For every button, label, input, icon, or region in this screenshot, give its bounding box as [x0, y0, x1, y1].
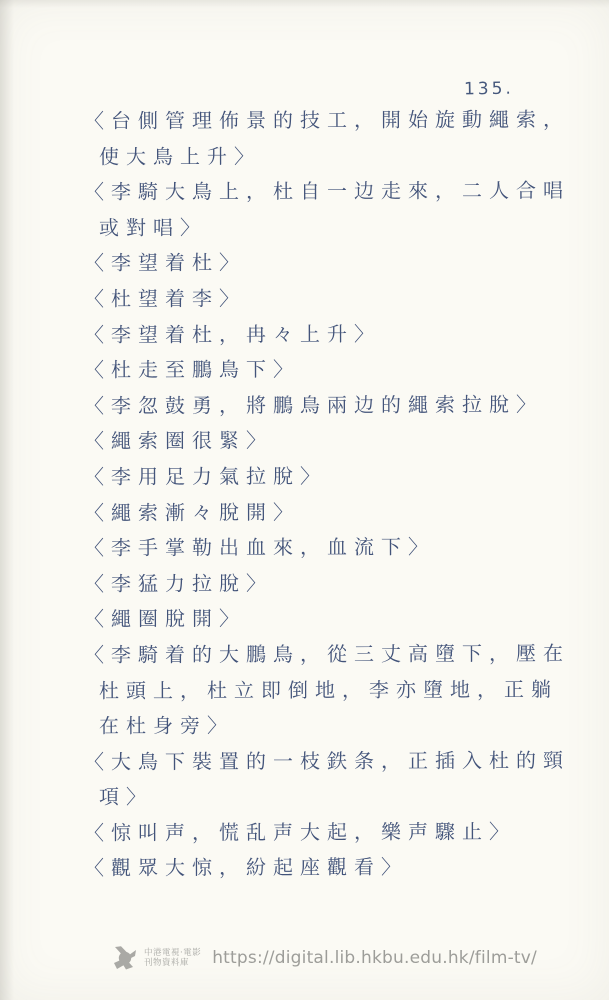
scan-edge-shadow-top — [0, 0, 609, 8]
archive-url-link[interactable]: https://digital.lib.hkbu.edu.hk/film-tv/ — [212, 948, 537, 968]
script-line: 或對唱〉 — [84, 209, 574, 246]
script-line: 項〉 — [84, 778, 574, 815]
script-line: 〈杜望着李〉 — [84, 280, 574, 317]
script-line: 〈繩索圈很緊〉 — [84, 422, 574, 459]
scanned-script-page: 135. 〈台側管理佈景的技工，開始旋動繩索，使大鳥上升〉〈李騎大鳥上，杜自一边… — [0, 0, 609, 1000]
script-line: 〈李猛力拉脫〉 — [84, 565, 574, 602]
script-line: 〈繩圈脫開〉 — [84, 600, 574, 637]
page-number: 135. — [464, 79, 514, 100]
film-light-logo-icon — [111, 945, 137, 971]
script-line: 使大鳥上升〉 — [84, 138, 574, 175]
script-line: 在杜身旁〉 — [84, 707, 574, 744]
archive-name: 中港電視·電影 刊物資料庫 — [144, 948, 201, 969]
script-line: 〈李望着杜〉 — [84, 245, 574, 282]
scan-edge-shadow-left — [0, 0, 14, 1000]
script-line: 〈繩索漸々脫開〉 — [84, 494, 574, 531]
script-line: 〈李騎大鳥上，杜自一边走來，二人合唱 — [84, 173, 574, 210]
script-line: 〈台側管理佈景的技工，開始旋動繩索， — [84, 102, 574, 139]
script-lines: 〈台側管理佈景的技工，開始旋動繩索，使大鳥上升〉〈李騎大鳥上，杜自一边走來，二人… — [84, 103, 574, 886]
script-line: 〈李望着杜，冉々上升〉 — [84, 316, 574, 353]
script-line: 〈大鳥下裝置的一枝鉄条，正插入杜的頸 — [84, 743, 574, 780]
watermark-footer: 中港電視·電影 刊物資料庫 https://digital.lib.hkbu.e… — [111, 945, 537, 971]
archive-name-line2: 刊物資料庫 — [144, 958, 201, 969]
script-line: 〈李忽鼓勇，將鵬鳥兩边的繩索拉脫〉 — [84, 387, 574, 424]
script-line: 〈李手掌勒出血來，血流下〉 — [84, 529, 574, 566]
script-line: 〈杜走至鵬鳥下〉 — [84, 351, 574, 388]
script-line: 〈李騎着的大鵬鳥，從三丈高墮下，壓在 — [84, 636, 574, 673]
script-line: 〈惊叫声，慌乱声大起，樂声驟止〉 — [84, 814, 574, 851]
archive-name-line1: 中港電視·電影 — [144, 948, 201, 959]
script-line: 杜頭上，杜立即倒地，李亦墮地，正躺 — [84, 672, 574, 709]
script-line: 〈觀眾大惊，紛起座觀看〉 — [84, 850, 574, 887]
script-line: 〈李用足力氣拉脫〉 — [84, 458, 574, 495]
